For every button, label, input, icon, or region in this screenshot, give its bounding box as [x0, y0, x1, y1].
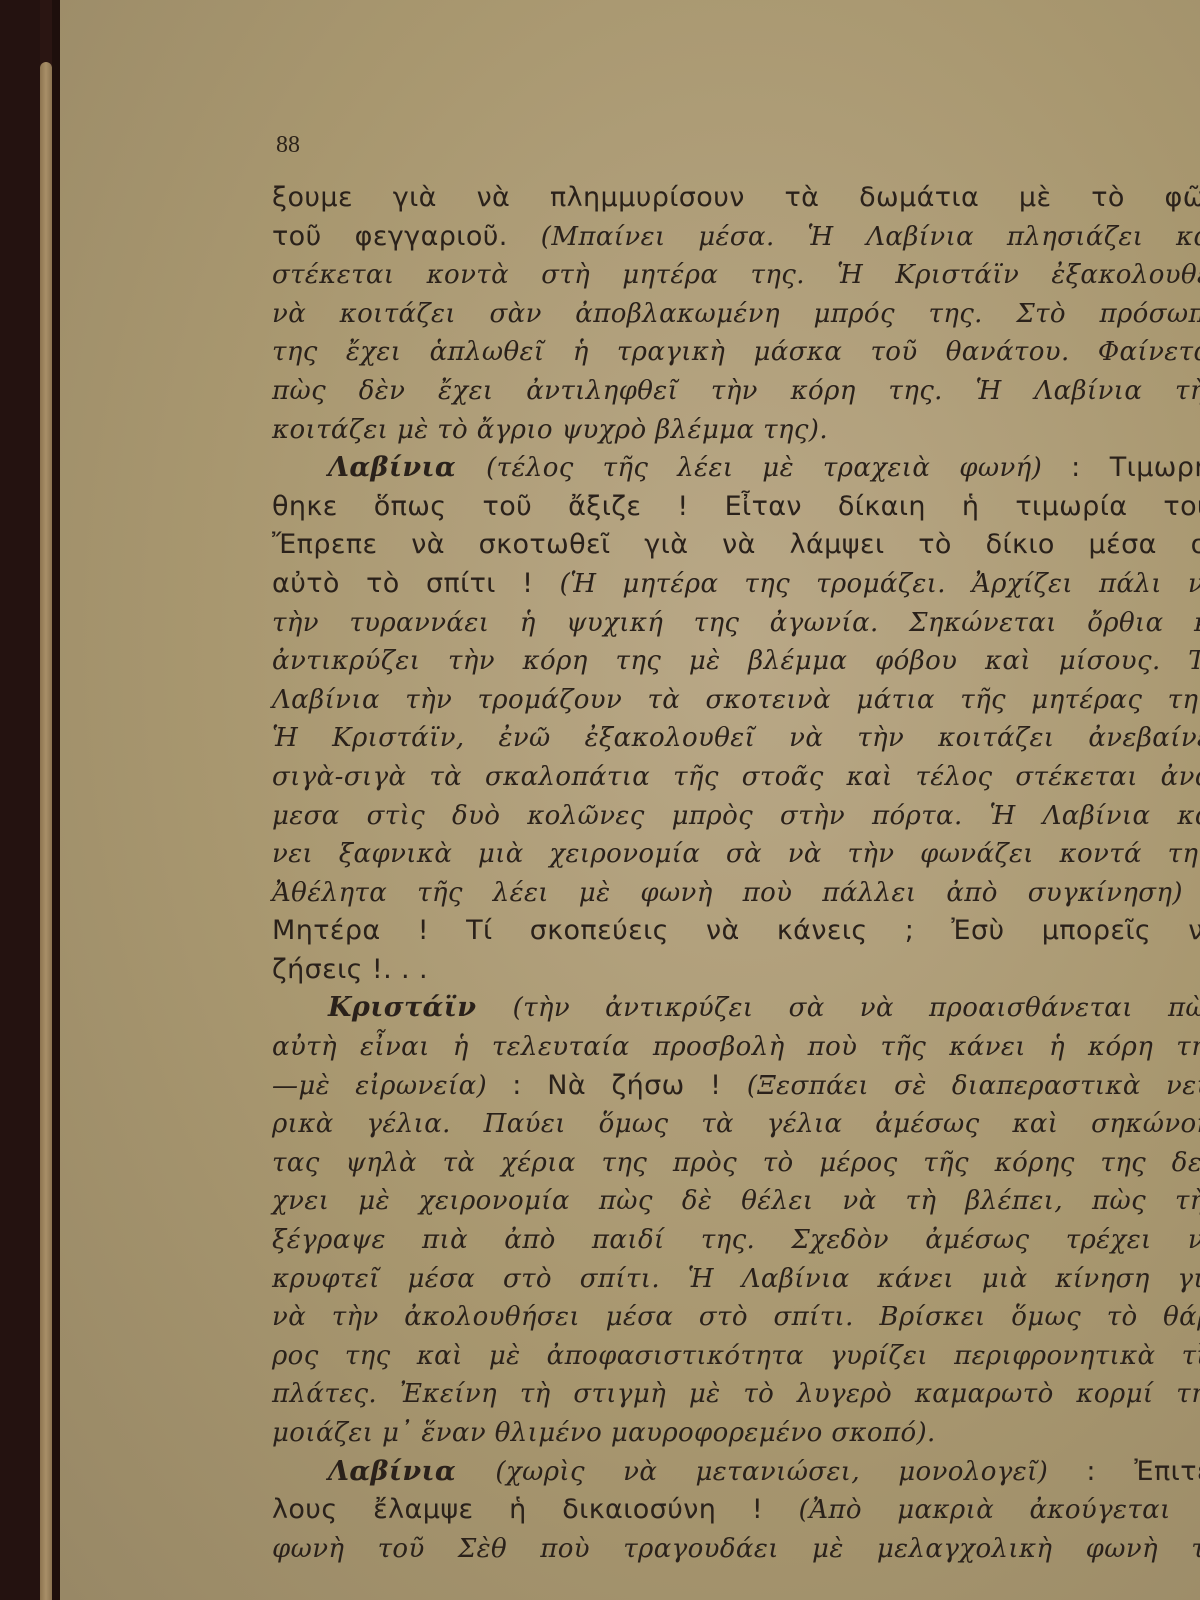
- text-line: νὰ τὴν ἀκολουθήσει μέσα στὸ σπίτι. Βρίσκ…: [272, 1297, 1200, 1336]
- text-line: τας ψηλὰ τὰ χέρια της πρὸς τὸ μέρος τῆς …: [272, 1143, 1200, 1182]
- text-line: ξουμε γιὰ νὰ πλημμυρίσουν τὰ δωμάτια μὲ …: [272, 178, 1200, 217]
- stage-direction: Ἡ Κριστάϊν, ἐνῶ ἐξακολουθεῖ νὰ τὴν κοιτά…: [272, 723, 1200, 753]
- page-number: 88: [276, 132, 300, 159]
- text-line: νὰ κοιτάζει σὰν ἀποβλακωμένη μπρός της. …: [272, 294, 1200, 333]
- stage-direction: νει ξαφνικὰ μιὰ χειρονομία σὰ νὰ τὴν φων…: [272, 839, 1200, 869]
- text-line: ξέγραψε πιὰ ἀπὸ παιδί της. Σχεδὸν ἀμέσως…: [272, 1220, 1200, 1259]
- text-line: Ἔπρεπε νὰ σκοτωθεῖ γιὰ νὰ λάμψει τὸ δίκι…: [272, 525, 1200, 564]
- text-line: χνει μὲ χειρονομία πὼς δὲ θέλει νὰ τὴ βλ…: [272, 1181, 1200, 1220]
- text-line: Κριστάϊν (τὴν ἀντικρύζει σὰ νὰ προαισθάν…: [272, 988, 1200, 1027]
- dialogue-text: αὐτὸ τὸ σπίτι !: [272, 568, 560, 599]
- text-line: πὼς δὲν ἔχει ἀντιληφθεῖ τὴν κόρη της. Ἡ …: [272, 371, 1200, 410]
- text-line: Λαβίνια (χωρὶς νὰ μετανιώσει, μονολογεῖ)…: [272, 1452, 1200, 1491]
- dialogue-text: θηκε ὅπως τοῦ ἄξιζε ! Εἶταν δίκαιη ἡ τιμ…: [272, 491, 1200, 522]
- stage-direction: (τὴν ἀντικρύζει σὰ νὰ προαισθάνεται πὼς: [513, 993, 1200, 1023]
- text-line: τὴν τυραννάει ἡ ψυχική της ἀγωνία. Σηκών…: [272, 603, 1200, 642]
- stage-direction: της ἔχει ἁπλωθεῖ ἡ τραγικὴ μάσκα τοῦ θαν…: [272, 337, 1200, 367]
- stage-direction: ρικὰ γέλια. Παύει ὅμως τὰ γέλια ἀμέσως κ…: [272, 1109, 1200, 1139]
- stage-direction: κοιτάζει μὲ τὸ ἄγριο ψυχρὸ βλέμμα της).: [272, 415, 828, 445]
- book-gutter-edge: [52, 0, 60, 1600]
- text-line: νει ξαφνικὰ μιὰ χειρονομία σὰ νὰ τὴν φων…: [272, 834, 1200, 873]
- stage-direction: (χωρὶς νὰ μετανιώσει, μονολογεῖ): [495, 1457, 1086, 1487]
- stage-direction: (Ξεσπάει σὲ διαπεραστικὰ νευ-: [747, 1071, 1200, 1101]
- stage-direction: ρος της καὶ μὲ ἀποφασιστικότητα γυρίζει …: [272, 1341, 1200, 1371]
- text-line: ρικὰ γέλια. Παύει ὅμως τὰ γέλια ἀμέσως κ…: [272, 1104, 1200, 1143]
- stage-direction: ξέγραψε πιὰ ἀπὸ παιδί της. Σχεδὸν ἀμέσως…: [272, 1225, 1200, 1255]
- text-line: της ἔχει ἁπλωθεῖ ἡ τραγικὴ μάσκα τοῦ θαν…: [272, 332, 1200, 371]
- stage-direction: στέκεται κοντὰ στὴ μητέρα της. Ἡ Κριστάϊ…: [272, 260, 1200, 290]
- dialogue-text: Μητέρα ! Τί σκοπεύεις νὰ κάνεις ; Ἐσὺ μπ…: [272, 915, 1200, 946]
- text-line: —μὲ εἰρωνεία) : Νὰ ζήσω ! (Ξεσπάει σὲ δι…: [272, 1066, 1200, 1105]
- dialogue-text: : Τιμωρή-: [1071, 452, 1200, 483]
- dialogue-text: ζήσεις !. . .: [272, 954, 428, 985]
- stage-direction: πὼς δὲν ἔχει ἀντιληφθεῖ τὴν κόρη της. Ἡ …: [272, 376, 1200, 406]
- text-line: αὐτὴ εἶναι ἡ τελευταία προσβολὴ ποὺ τῆς …: [272, 1027, 1200, 1066]
- dialogue-text: λους ἔλαμψε ἡ δικαιοσύνη !: [272, 1494, 799, 1525]
- book-page: 88 ξουμε γιὰ νὰ πλημμυρίσουν τὰ δωμάτια …: [60, 0, 1200, 1600]
- text-line: στέκεται κοντὰ στὴ μητέρα της. Ἡ Κριστάϊ…: [272, 255, 1200, 294]
- book-spine-strip: [40, 62, 52, 1600]
- text-line: Ἀθέλητα τῆς λέει μὲ φωνὴ ποὺ πάλλει ἀπὸ …: [272, 873, 1200, 912]
- text-line: ζήσεις !. . .: [272, 950, 1200, 989]
- stage-direction: μοιάζει μ᾽ ἕναν θλιμένο μαυροφορεμένο σκ…: [272, 1418, 936, 1448]
- dialogue-text: : Ἐπιτέ-: [1086, 1456, 1200, 1487]
- stage-direction: τας ψηλὰ τὰ χέρια της πρὸς τὸ μέρος τῆς …: [272, 1148, 1200, 1178]
- speaker-name: Κριστάϊν: [328, 992, 513, 1023]
- stage-direction: πλάτες. Ἐκείνη τὴ στιγμὴ μὲ τὸ λυγερὸ κα…: [272, 1379, 1200, 1409]
- speaker-name: Λαβίνια: [328, 1456, 495, 1487]
- text-line: ρος της καὶ μὲ ἀποφασιστικότητα γυρίζει …: [272, 1336, 1200, 1375]
- dialogue-text: τοῦ φεγγαριοῦ.: [272, 221, 541, 252]
- stage-direction: αὐτὴ εἶναι ἡ τελευταία προσβολὴ ποὺ τῆς …: [272, 1032, 1200, 1062]
- stage-direction: φωνὴ τοῦ Σὲθ ποὺ τραγουδάει μὲ μελαγχολι…: [272, 1534, 1200, 1564]
- text-line: αὐτὸ τὸ σπίτι ! (Ἡ μητέρα της τρομάζει. …: [272, 564, 1200, 603]
- text-line: Λαβίνια (τέλος τῆς λέει μὲ τραχειὰ φωνή)…: [272, 448, 1200, 487]
- text-line: κοιτάζει μὲ τὸ ἄγριο ψυχρὸ βλέμμα της).: [272, 410, 1200, 449]
- text-line: πλάτες. Ἐκείνη τὴ στιγμὴ μὲ τὸ λυγερὸ κα…: [272, 1374, 1200, 1413]
- text-line: μοιάζει μ᾽ ἕναν θλιμένο μαυροφορεμένο σκ…: [272, 1413, 1200, 1452]
- stage-direction: τὴν τυραννάει ἡ ψυχική της ἀγωνία. Σηκών…: [272, 608, 1200, 638]
- dialogue-text: ξουμε γιὰ νὰ πλημμυρίσουν τὰ δωμάτια μὲ …: [272, 182, 1200, 213]
- text-line: σιγὰ-σιγὰ τὰ σκαλοπάτια τῆς στοᾶς καὶ τέ…: [272, 757, 1200, 796]
- stage-direction: κρυφτεῖ μέσα στὸ σπίτι. Ἡ Λαβίνια κάνει …: [272, 1264, 1200, 1294]
- stage-direction: μεσα στὶς δυὸ κολῶνες μπρὸς στὴν πόρτα. …: [272, 801, 1200, 831]
- text-line: Λαβίνια τὴν τρομάζουν τὰ σκοτεινὰ μάτια …: [272, 680, 1200, 719]
- text-line: κρυφτεῖ μέσα στὸ σπίτι. Ἡ Λαβίνια κάνει …: [272, 1259, 1200, 1298]
- text-line: Ἡ Κριστάϊν, ἐνῶ ἐξακολουθεῖ νὰ τὴν κοιτά…: [272, 718, 1200, 757]
- speaker-name: Λαβίνια: [328, 452, 486, 483]
- stage-direction: (Ἡ μητέρα της τρομάζει. Ἀρχίζει πάλι νὰ: [560, 569, 1200, 599]
- text-line: ἀντικρύζει τὴν κόρη της μὲ βλέμμα φόβου …: [272, 641, 1200, 680]
- stage-direction: Ἀθέλητα τῆς λέει μὲ φωνὴ ποὺ πάλλει ἀπὸ …: [272, 878, 1200, 908]
- text-line: Μητέρα ! Τί σκοπεύεις νὰ κάνεις ; Ἐσὺ μπ…: [272, 911, 1200, 950]
- stage-direction: νὰ τὴν ἀκολουθήσει μέσα στὸ σπίτι. Βρίσκ…: [272, 1302, 1200, 1332]
- stage-direction: Λαβίνια τὴν τρομάζουν τὰ σκοτεινὰ μάτια …: [272, 685, 1200, 715]
- stage-direction: νὰ κοιτάζει σὰν ἀποβλακωμένη μπρός της. …: [272, 299, 1200, 329]
- stage-direction: —μὲ εἰρωνεία): [272, 1071, 512, 1101]
- text-line: θηκε ὅπως τοῦ ἄξιζε ! Εἶταν δίκαιη ἡ τιμ…: [272, 487, 1200, 526]
- text-line: μεσα στὶς δυὸ κολῶνες μπρὸς στὴν πόρτα. …: [272, 796, 1200, 835]
- text-line: τοῦ φεγγαριοῦ. (Μπαίνει μέσα. Ἡ Λαβίνια …: [272, 217, 1200, 256]
- book-spine-shadow: [0, 0, 40, 1600]
- stage-direction: (τέλος τῆς λέει μὲ τραχειὰ φωνή): [486, 453, 1071, 483]
- stage-direction: (Μπαίνει μέσα. Ἡ Λαβίνια πλησιάζει καὶ: [541, 222, 1200, 252]
- stage-direction: σιγὰ-σιγὰ τὰ σκαλοπάτια τῆς στοᾶς καὶ τέ…: [272, 762, 1200, 792]
- dialogue-text: : Νὰ ζήσω !: [512, 1070, 747, 1101]
- page-text-block: ξουμε γιὰ νὰ πλημμυρίσουν τὰ δωμάτια μὲ …: [272, 178, 1200, 1567]
- stage-direction: ἀντικρύζει τὴν κόρη της μὲ βλέμμα φόβου …: [272, 646, 1200, 676]
- dialogue-text: Ἔπρεπε νὰ σκοτωθεῖ γιὰ νὰ λάμψει τὸ δίκι…: [272, 529, 1200, 560]
- text-line: λους ἔλαμψε ἡ δικαιοσύνη ! (Ἀπὸ μακριὰ ἀ…: [272, 1490, 1200, 1529]
- stage-direction: (Ἀπὸ μακριὰ ἀκούγεται ἡ: [799, 1495, 1200, 1525]
- text-line: φωνὴ τοῦ Σὲθ ποὺ τραγουδάει μὲ μελαγχολι…: [272, 1529, 1200, 1568]
- stage-direction: χνει μὲ χειρονομία πὼς δὲ θέλει νὰ τὴ βλ…: [272, 1186, 1200, 1216]
